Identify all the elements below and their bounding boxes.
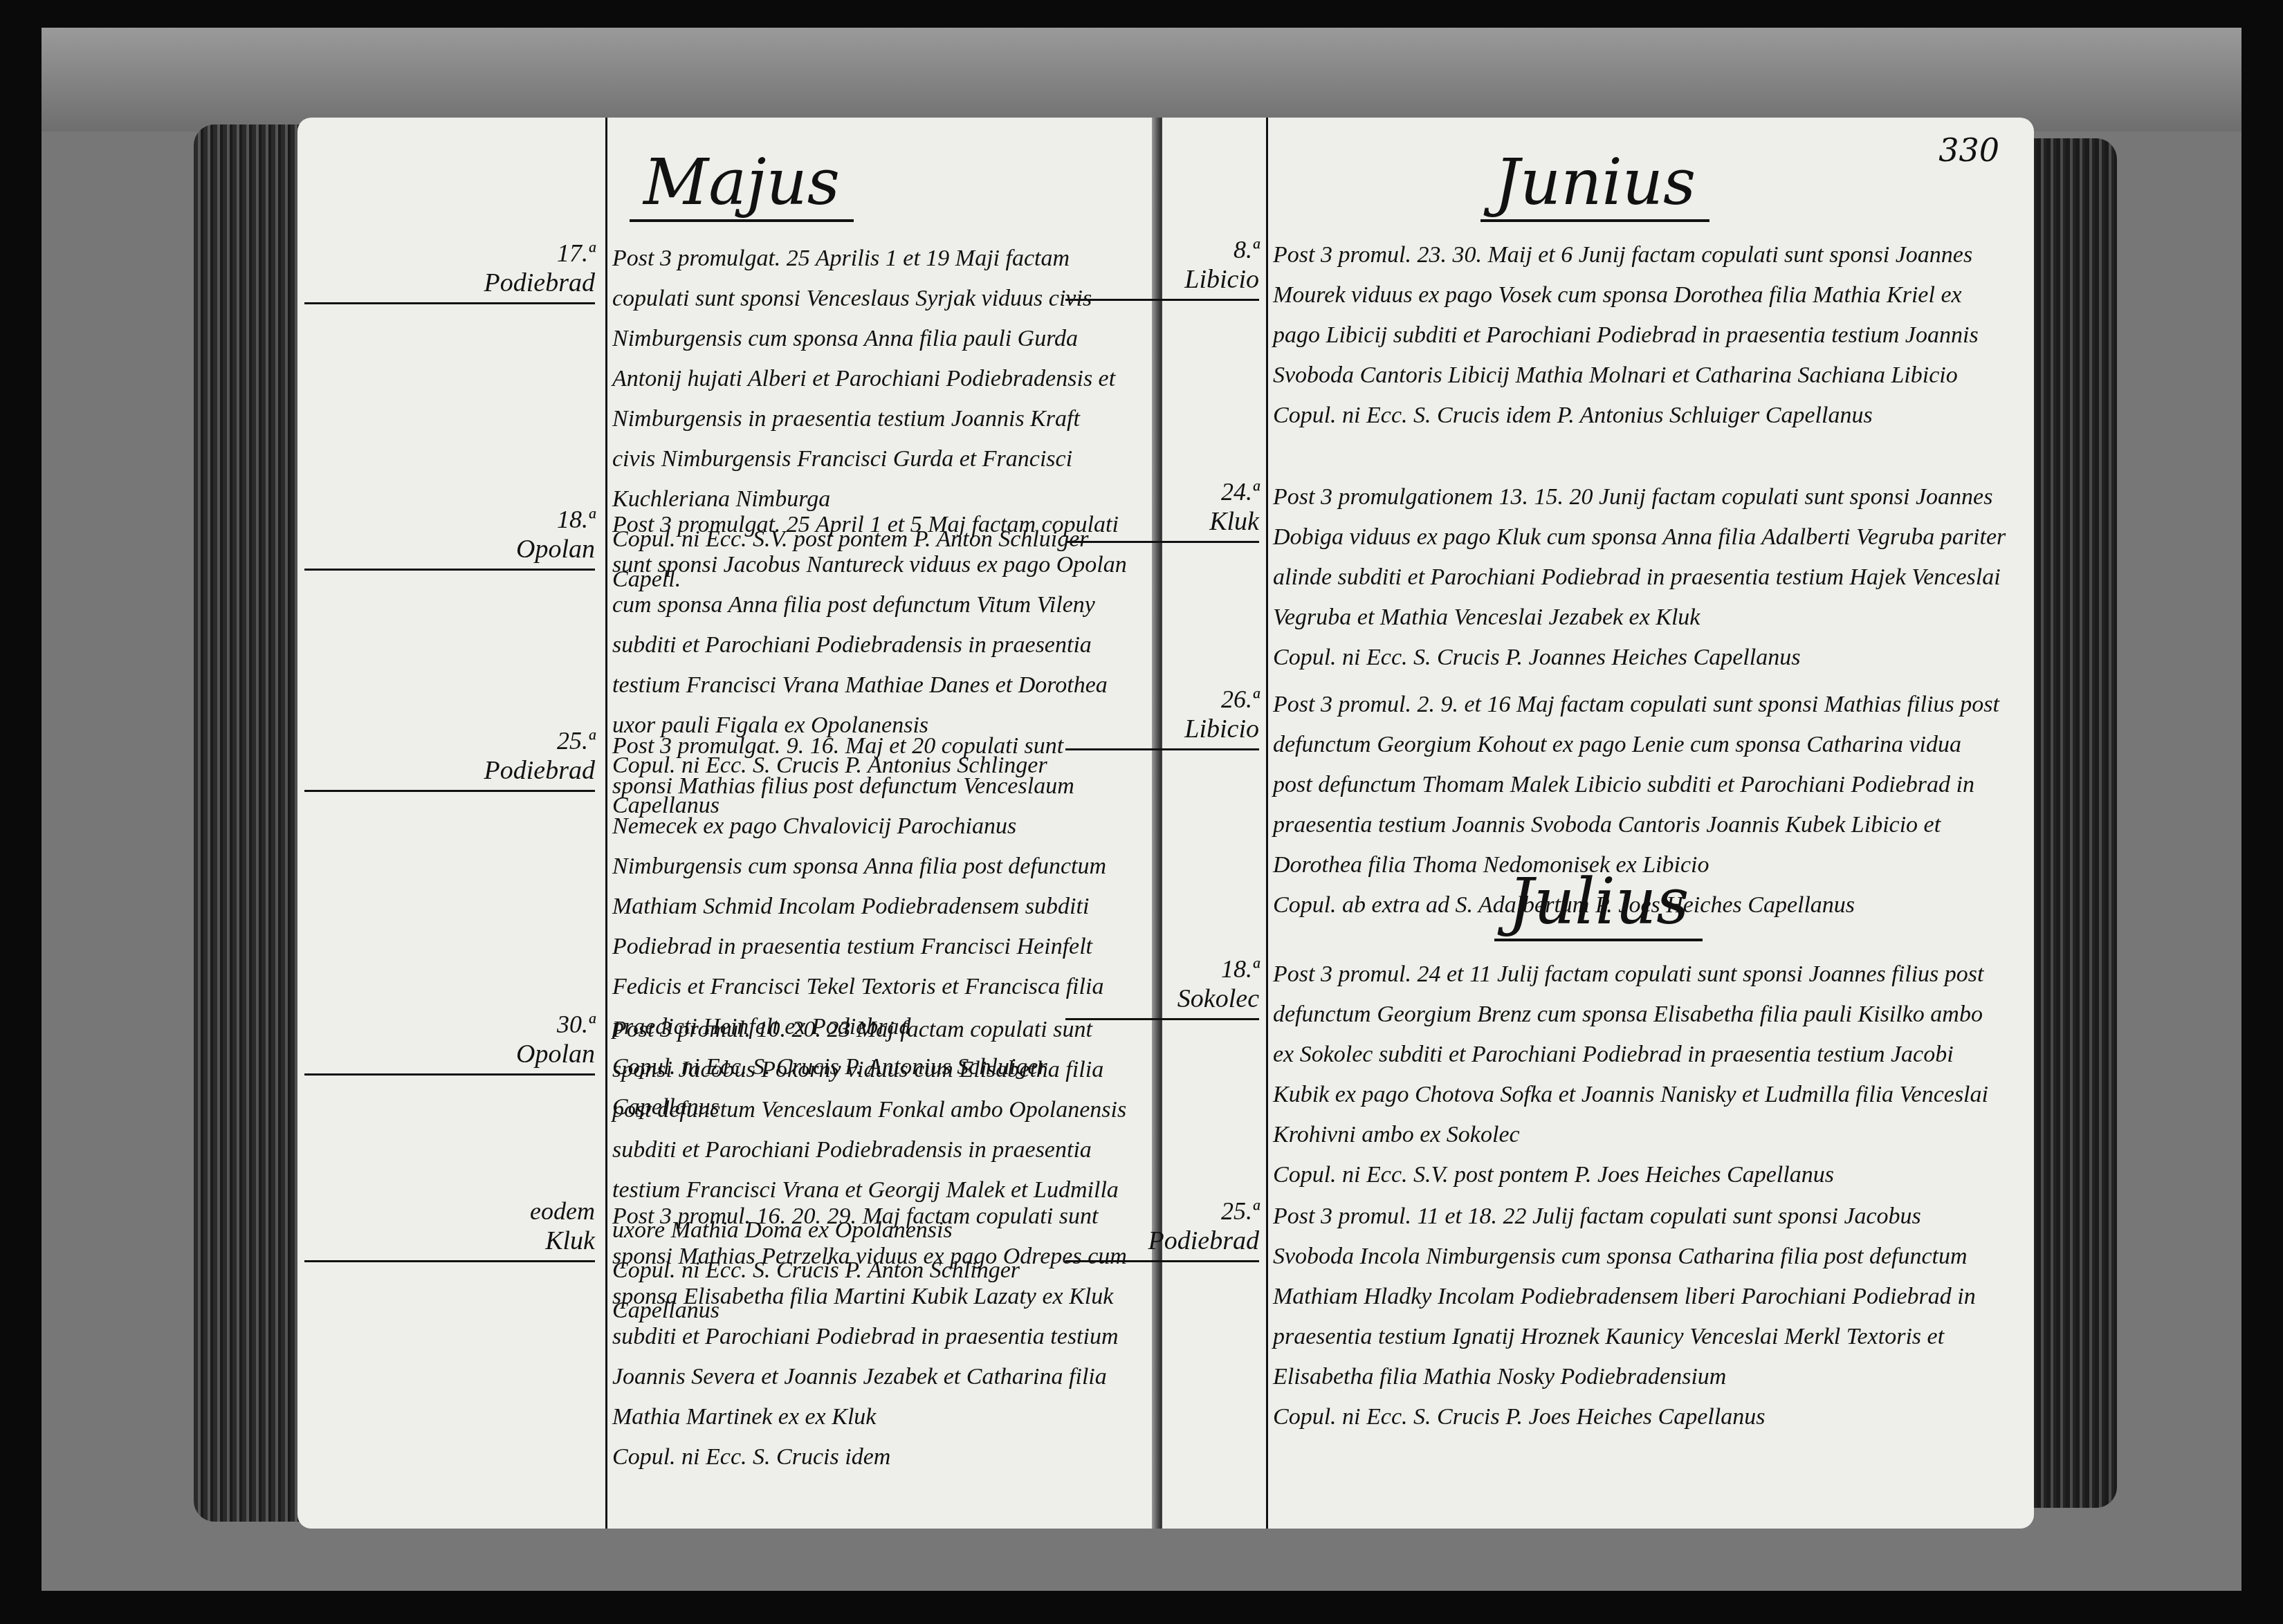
margin-note: 25.ª Podiebrad (304, 726, 595, 792)
register-entry: Post 3 promul. 16. 20. 29. Maj factam co… (612, 1197, 1128, 1477)
margin-note: 26.ª Libicio (1065, 685, 1259, 750)
entry-day: 18.ª (1065, 954, 1259, 984)
register-entry: Post 3 promul. 24 et 11 Julij factam cop… (1273, 954, 2006, 1195)
entry-text: Post 3 promul. 24 et 11 Julij factam cop… (1273, 961, 1988, 1147)
entry-signature: Copul. ni Ecc. S. Crucis idem (612, 1437, 1128, 1477)
entry-signature: Copul. ni Ecc. S. Crucis P. Joannes Heic… (1273, 638, 2006, 678)
entry-day: 26.ª (1065, 685, 1259, 714)
entry-signature: Copul. ni Ecc. S.V. post pontem P. Joes … (1273, 1155, 2006, 1195)
entry-text: Post 3 promul. 23. 30. Maij et 6 Junij f… (1273, 242, 1979, 388)
entry-text: Post 3 promulgat. 25 Aprilis 1 et 19 Maj… (612, 246, 1115, 512)
entry-signature: Copul. ni Ecc. S. Crucis idem P. Antoniu… (1273, 396, 2006, 436)
margin-note: 30.ª Opolan (304, 1010, 595, 1076)
open-register-book: Majus 17.ª Podiebrad Post 3 promulgat. 2… (194, 111, 2117, 1549)
margin-note: 17.ª Podiebrad (304, 239, 595, 304)
margin-rule (1266, 118, 1268, 1529)
margin-note: eodem Kluk (304, 1197, 595, 1262)
entry-place: Libicio (1065, 714, 1259, 750)
entry-day: 30.ª (304, 1010, 595, 1039)
entry-place: Podiebrad (304, 268, 595, 304)
entry-signature: Copul. ni Ecc. S. Crucis P. Joes Heiches… (1273, 1397, 2006, 1437)
page-number: 330 (1938, 131, 1999, 169)
entry-place: Kluk (304, 1226, 595, 1262)
left-page: Majus 17.ª Podiebrad Post 3 promulgat. 2… (297, 118, 1155, 1529)
margin-note: 25.ª Podiebrad (1065, 1197, 1259, 1262)
entry-day: 25.ª (304, 726, 595, 755)
margin-rule (605, 118, 607, 1529)
margin-note: 8.ª Libicio (1065, 235, 1259, 301)
entry-place: Podiebrad (1065, 1226, 1259, 1262)
entry-place: Opolan (304, 1039, 595, 1076)
entry-place: Kluk (1065, 506, 1259, 543)
margin-note: 18.ª Sokolec (1065, 954, 1259, 1020)
entry-text: Post 3 promul. 2. 9. et 16 Maj factam co… (1273, 692, 1999, 878)
entry-day: 24.ª (1065, 477, 1259, 506)
month-heading-julius: Julius (1494, 865, 1703, 941)
entry-text: Post 3 promulgat. 25 April 1 et 5 Maj fa… (612, 512, 1127, 738)
entry-place: Opolan (304, 534, 595, 571)
entry-day: 8.ª (1065, 235, 1259, 264)
entry-day: 18.ª (304, 505, 595, 534)
entry-text: Post 3 promulgat. 9. 16. Maj et 20 copul… (612, 733, 1106, 1040)
left-page-edges (194, 124, 311, 1522)
entry-place: Libicio (1065, 264, 1259, 301)
entry-text: Post 3 promul. 11 et 18. 22 Julij factam… (1273, 1203, 1976, 1390)
register-entry: Post 3 promulgationem 13. 15. 20 Junij f… (1273, 477, 2006, 678)
entry-day: 17.ª (304, 239, 595, 268)
right-page-edges (2027, 138, 2117, 1508)
month-heading-junius: Junius (1480, 145, 1709, 222)
entry-place: Podiebrad (304, 755, 595, 792)
month-heading-majus: Majus (630, 145, 854, 222)
entry-place: Sokolec (1065, 984, 1259, 1020)
margin-note: 24.ª Kluk (1065, 477, 1259, 543)
margin-note: 18.ª Opolan (304, 505, 595, 571)
register-entry: Post 3 promul. 23. 30. Maij et 6 Junij f… (1273, 235, 2006, 436)
right-page: 330 Junius 8.ª Libicio Post 3 promul. 23… (1162, 118, 2034, 1529)
entry-day: eodem (304, 1197, 595, 1226)
entry-text: Post 3 promulgationem 13. 15. 20 Junij f… (1273, 484, 2006, 630)
entry-day: 25.ª (1065, 1197, 1259, 1226)
entry-text: Post 3 promul. 16. 20. 29. Maj factam co… (612, 1203, 1127, 1430)
register-entry: Post 3 promul. 11 et 18. 22 Julij factam… (1273, 1197, 2006, 1437)
